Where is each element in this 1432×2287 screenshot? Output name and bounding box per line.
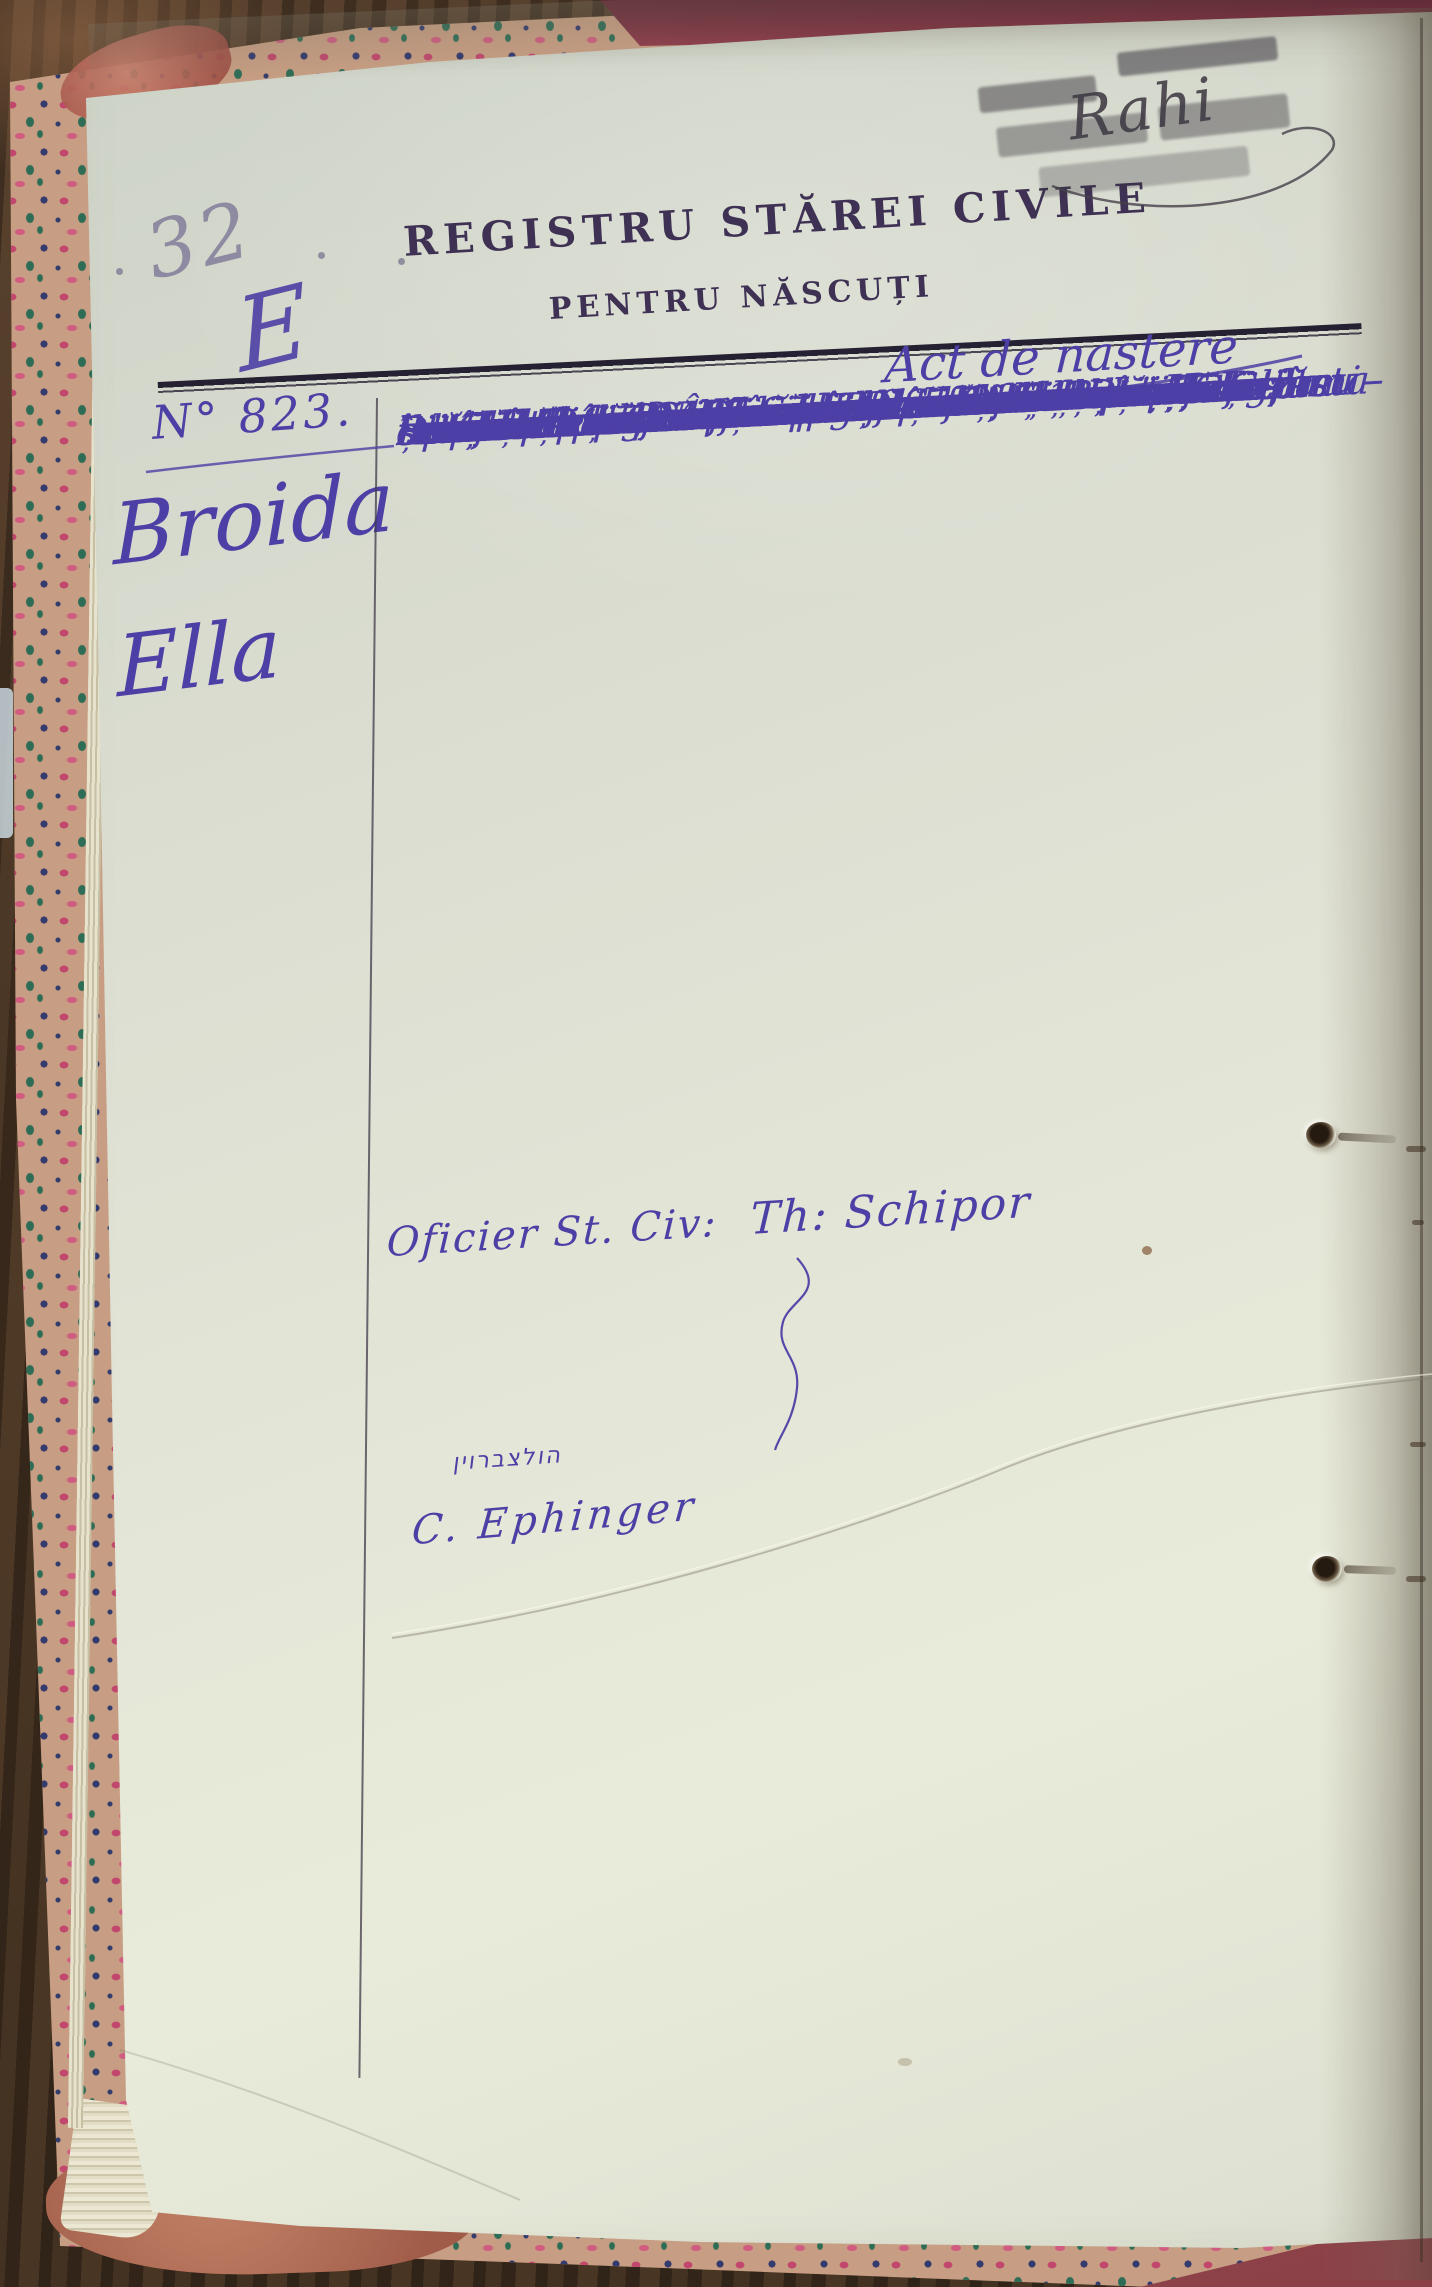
- child-given-name: Ella: [116, 598, 282, 717]
- stitch-mark: [1406, 1576, 1426, 1582]
- stitch-mark: [1410, 1442, 1426, 1447]
- paper-sliver-left-edge: [0, 688, 13, 838]
- page-gutter-shadow: [1318, 8, 1432, 2280]
- stitch-mark: [1406, 1146, 1426, 1152]
- binding-hole: [1312, 1556, 1342, 1582]
- foxing-spot: [1142, 1246, 1152, 1255]
- pencil-dot: [318, 252, 325, 259]
- stitch-mark: [1412, 1220, 1424, 1225]
- foxing-spot: [898, 2058, 912, 2066]
- pencil-dot: [116, 268, 123, 275]
- page-fold-line: [1420, 18, 1423, 2262]
- registry-page-photo: 32 E REGISTRU STĂREI CIVILE PENTRU NĂSCU…: [0, 0, 1432, 2287]
- binding-hole: [1306, 1122, 1336, 1148]
- stamp-ink-blot: [1038, 146, 1250, 198]
